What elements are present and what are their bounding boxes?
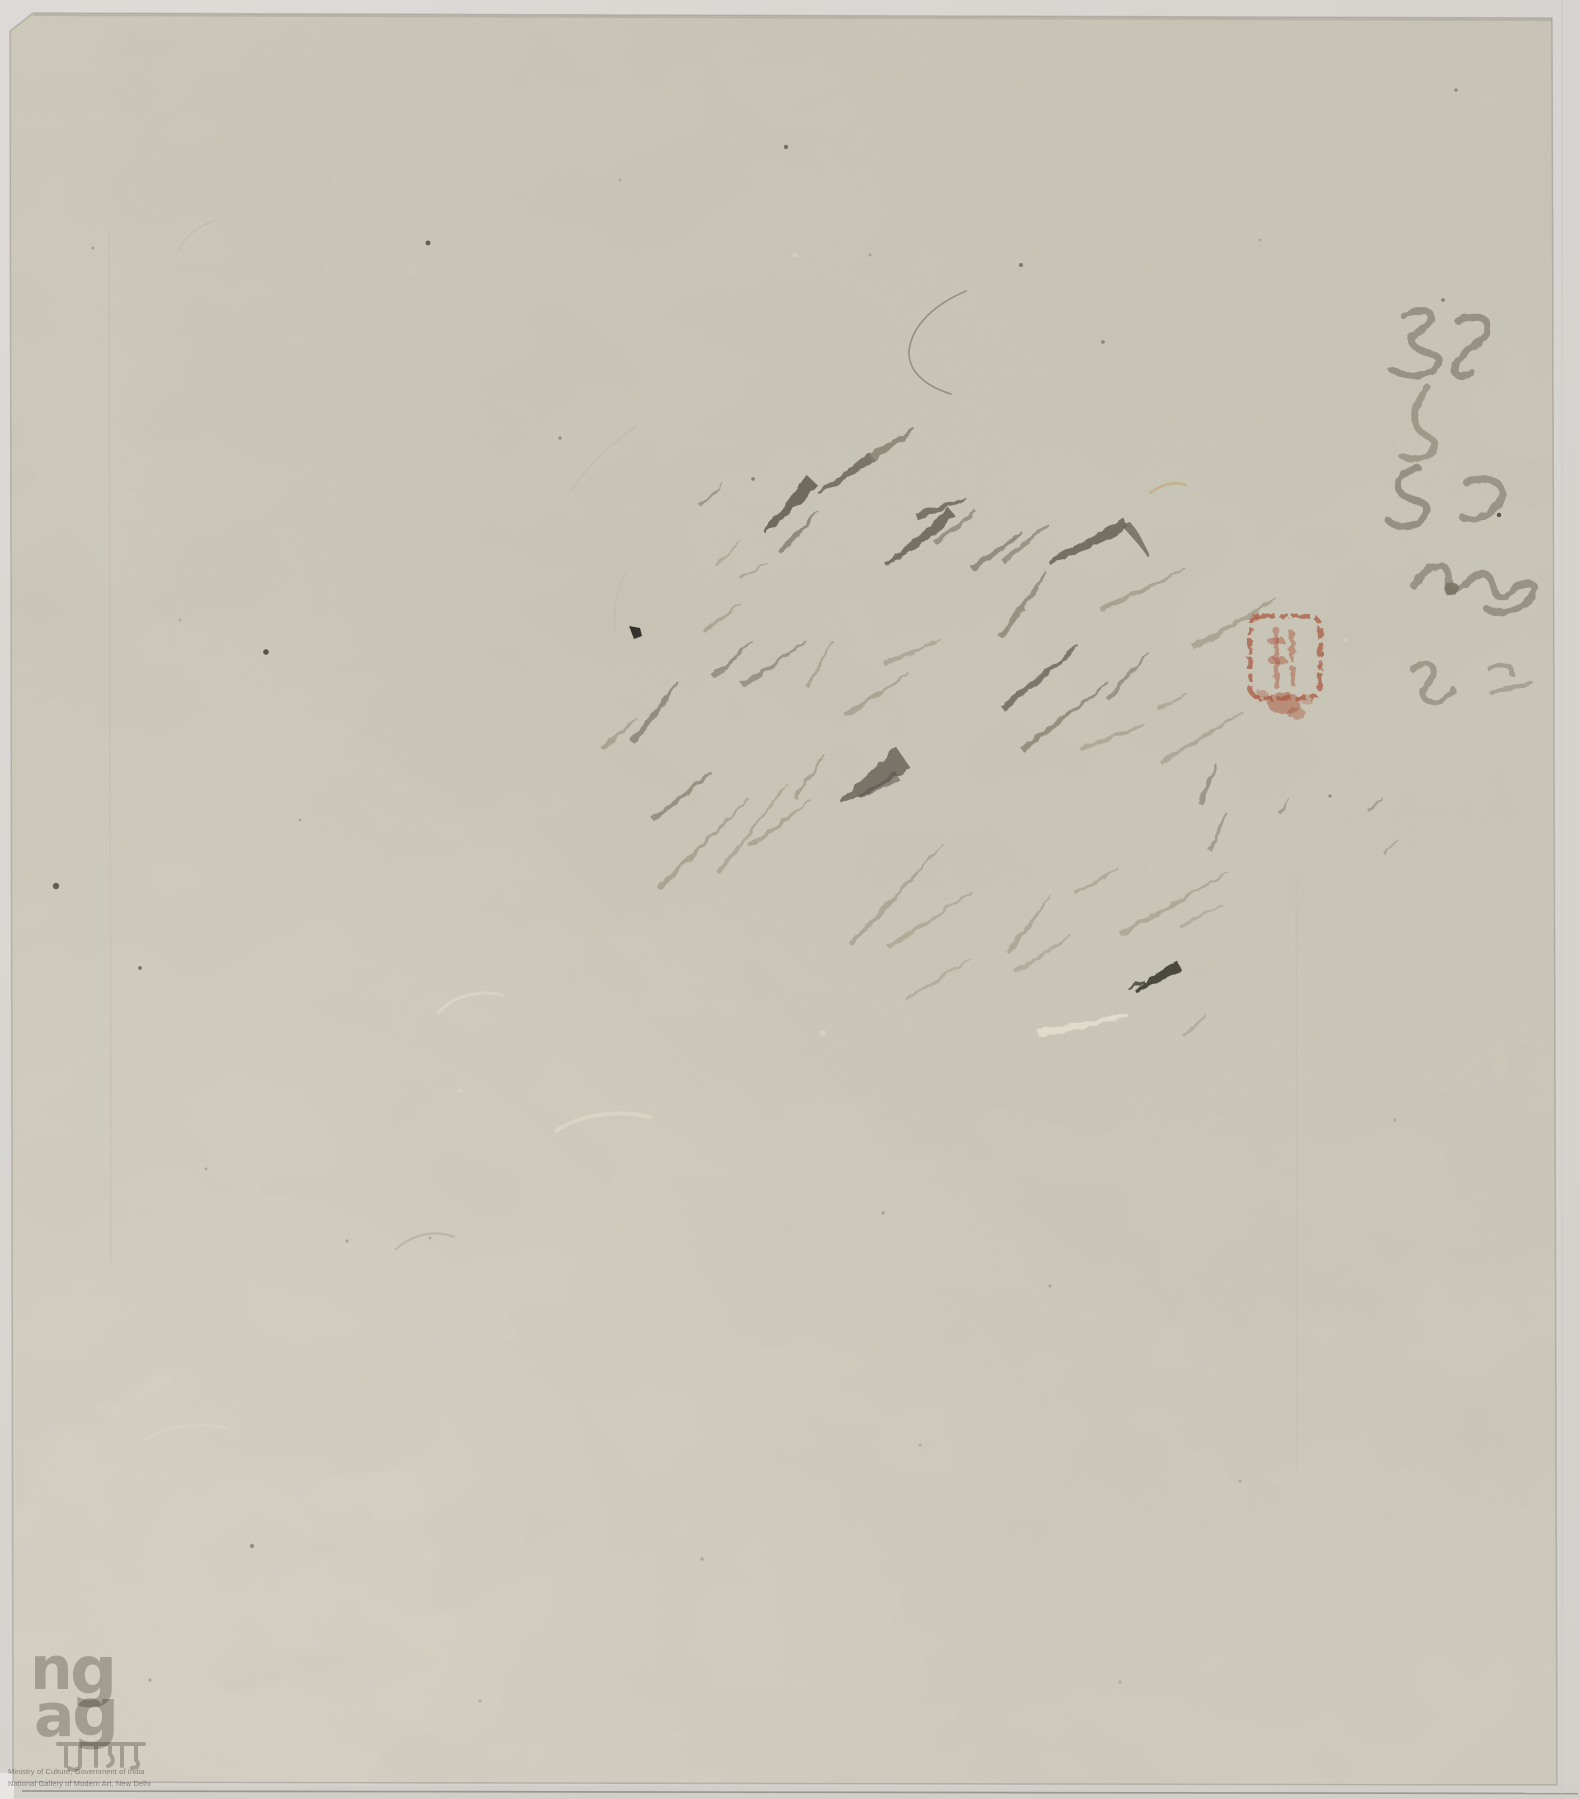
paper-speck <box>138 966 142 970</box>
paper-speck <box>478 1699 481 1702</box>
paper-speck <box>558 436 561 439</box>
artwork-scan: ngag Ministry of Culture, Government of … <box>0 0 1580 1799</box>
paper-speck <box>53 883 59 889</box>
paper-speck <box>179 619 182 622</box>
paper-speck <box>1259 239 1262 242</box>
seal-inner-glyph <box>1270 640 1282 641</box>
paper-grain-texture <box>8 10 1560 1788</box>
paper-speck <box>1048 1284 1051 1287</box>
paper-speck <box>345 1239 348 1242</box>
paper-speck <box>429 1237 432 1240</box>
paper-speck <box>1343 638 1347 642</box>
paper-speck <box>1239 1480 1242 1483</box>
seal-inner-glyph <box>1271 660 1284 661</box>
paper-speck <box>881 1211 884 1214</box>
paper-speck <box>820 1030 826 1036</box>
paper-speck <box>149 1679 152 1682</box>
paper-speck <box>205 1168 208 1171</box>
paper-speck <box>919 1444 922 1447</box>
paper-sheet <box>8 10 1560 1788</box>
paper-speck <box>1497 513 1501 517</box>
artwork-canvas <box>0 0 1580 1799</box>
paper-speck <box>263 649 269 655</box>
paper-speck <box>1328 794 1331 797</box>
paper-speck <box>784 145 788 149</box>
paper-speck <box>700 1557 703 1560</box>
paper-speck <box>458 1089 463 1094</box>
paper-speck <box>869 254 872 257</box>
paper-speck <box>1101 340 1105 344</box>
paper-speck <box>793 253 798 258</box>
seal-ink-blotch <box>1287 707 1305 719</box>
paper-speck <box>250 1544 254 1548</box>
paper-speck <box>751 477 755 481</box>
paper-speck <box>92 247 95 250</box>
paper-speck <box>299 819 302 822</box>
scan-edge-sliver <box>0 1773 14 1799</box>
paper-speck <box>1019 263 1023 267</box>
inscription-dot <box>1445 582 1459 596</box>
paper-speck <box>1441 298 1445 302</box>
paper-speck <box>1119 1681 1122 1684</box>
paper-speck <box>1454 88 1458 92</box>
paper-speck <box>1394 1119 1397 1122</box>
paper-speck <box>619 179 622 182</box>
seal-inner-glyph <box>1276 629 1277 687</box>
seal-ink-blotch <box>1255 691 1269 701</box>
seal-ink-blotch <box>1300 695 1312 705</box>
seal-ink-blotch <box>1249 614 1259 624</box>
paper-speck <box>426 241 431 246</box>
